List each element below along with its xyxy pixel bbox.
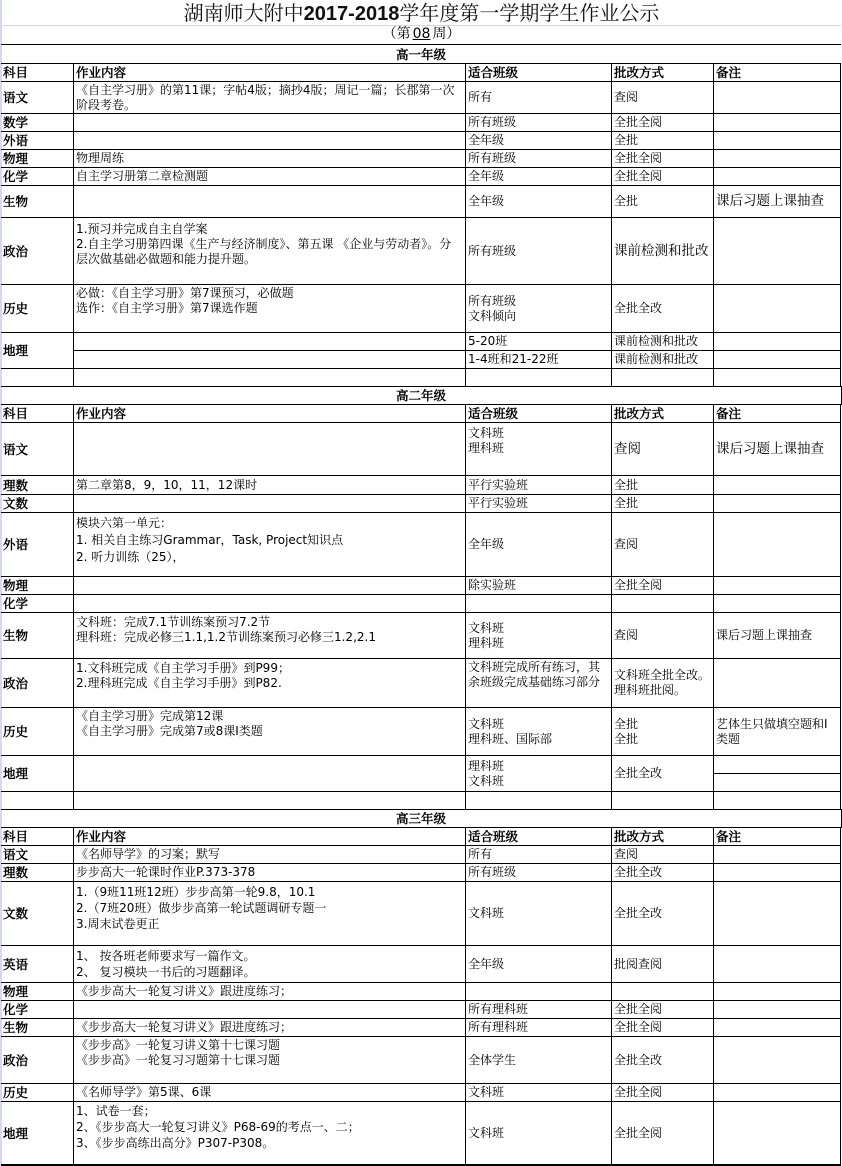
note-cell: 课后习题上课抽查 [713, 422, 841, 475]
grading-cell: 全批全改 [611, 284, 713, 332]
subject-cell: 政治 [1, 217, 73, 284]
content-cell: 1.（9班11班12班）步步高第一轮9.8，10.1 2.（7班20班）做步步高… [73, 881, 465, 945]
classes-cell: 全年级 [465, 945, 611, 982]
classes-cell [465, 982, 611, 1000]
classes-cell: 所有班级 [465, 863, 611, 881]
note-cell [713, 881, 841, 945]
grading-cell: 查阅 [611, 512, 713, 576]
grading-cell: 全批全阅 [611, 1101, 713, 1164]
table-row: 语文 文科班 理科班 查阅 课后习题上课抽查 [1, 422, 841, 475]
col-classes: 适合班级 [465, 63, 611, 81]
classes-cell: 文科班完成所有练习，其余班级完成基础练习部分 [465, 658, 611, 707]
grading-cell: 全批 [611, 131, 713, 149]
note-cell [713, 332, 841, 350]
classes-cell: 理科班 文科班 [465, 755, 611, 791]
subject-cell: 政治 [1, 658, 73, 707]
content-cell [73, 131, 465, 149]
note-cell: 艺体生只做填空题和Ⅰ类题 [713, 707, 841, 755]
subject-cell: 语文 [1, 81, 73, 113]
classes-cell: 平行实验班 [465, 494, 611, 512]
title-suffix: 学年度第一学期学生作业公示 [399, 1, 659, 25]
table-row: 语文 《名师导学》的习案；默写 所有 查阅 [1, 845, 841, 863]
week-open: （第 [383, 26, 411, 42]
note-cell [713, 284, 841, 332]
column-header-row: 科目 作业内容 适合班级 批改方式 备注 [1, 827, 841, 845]
note-cell [713, 167, 841, 185]
note-cell [713, 113, 841, 131]
week-subtitle: （第08周） [2, 25, 841, 44]
grading-cell: 全批全改 [611, 863, 713, 881]
grading-cell: 查阅 [611, 422, 713, 475]
grading-cell: 全批全阅 [611, 149, 713, 167]
subject-cell: 语文 [1, 422, 73, 475]
table-row: 化学 [1, 594, 841, 612]
content-cell: 第二章第8，9，10，11，12课时 [73, 475, 465, 494]
classes-cell: 文科班 [465, 881, 611, 945]
table-row: 1-4班和21-22班 课前检测和批改 [1, 350, 841, 368]
column-header-row: 科目 作业内容 适合班级 批改方式 备注 [1, 63, 841, 81]
classes-cell: 所有班级 [465, 113, 611, 131]
classes-cell: 所有理科班 [465, 1000, 611, 1018]
subject-cell: 数学 [1, 113, 73, 131]
grading-cell: 查阅 [611, 81, 713, 113]
content-cell: 必做：《自主学习册》第7课预习，必做题 选作：《自主学习册》第7课选作题 [73, 284, 465, 332]
subject-cell: 外语 [1, 512, 73, 576]
note-cell [713, 863, 841, 881]
classes-cell: 除实验班 [465, 576, 611, 594]
homework-notice-sheet: 湖南师大附中2017-2018学年度第一学期学生作业公示 （第08周） 高一年级… [0, 0, 842, 1166]
subject-cell: 历史 [1, 707, 73, 755]
content-cell: 物理周练 [73, 149, 465, 167]
content-cell [73, 422, 465, 475]
table-row-empty [1, 368, 841, 386]
table-row: 文数 平行实验班 全批 [1, 494, 841, 512]
classes-cell: 文科班 理科班 [465, 612, 611, 658]
grade-title: 高三年级 [1, 809, 842, 828]
grade-title: 高二年级 [1, 386, 842, 405]
grade-title: 高一年级 [1, 44, 841, 64]
table-row: 数学 所有班级 全批全阅 [1, 113, 841, 131]
subject-cell: 生物 [1, 1018, 73, 1036]
table-row: 外语 模块六第一单元： 1. 相关自主练习Grammar，Task, Proje… [1, 512, 841, 576]
content-cell: 1、 按各班老师要求写一篇作文。 2、 复习模块一书后的习题翻译。 [73, 945, 465, 982]
classes-cell: 全年级 [465, 131, 611, 149]
grading-cell: 全批 [611, 494, 713, 512]
col-content: 作业内容 [73, 63, 465, 81]
table-row: 物理 除实验班 全批全阅 [1, 576, 841, 594]
content-cell: 模块六第一单元： 1. 相关自主练习Grammar，Task, Project知… [73, 512, 465, 576]
table-row: 政治 《步步高》一轮复习讲义第十七课习题 《步步高》一轮复习习题第十七课习题 全… [1, 1036, 841, 1083]
classes-cell [465, 594, 611, 612]
week-close: 周） [432, 26, 460, 42]
content-cell: 1.预习并完成自主自学案 2.自主学习册第四课《生产与经济制度》、第五课 《企业… [73, 217, 465, 284]
subject-cell: 语文 [1, 845, 73, 863]
classes-cell: 文科班 [465, 1101, 611, 1164]
note-cell [713, 81, 841, 113]
subject-cell [1, 791, 73, 809]
grading-cell: 全批全阅 [611, 167, 713, 185]
grading-cell: 查阅 [611, 845, 713, 863]
grading-cell: 全批全改 [611, 755, 713, 791]
table-row: 化学 所有理科班 全批全阅 [1, 1000, 841, 1018]
grading-cell: 文科班全批全改。理科班批阅。 [611, 658, 713, 707]
col-note: 备注 [713, 404, 841, 422]
note-cell [713, 945, 841, 982]
note-cell [713, 494, 841, 512]
title-years: 2017-2018 [304, 3, 400, 25]
note-cell [713, 1036, 841, 1083]
subject-cell: 英语 [1, 945, 73, 982]
table-row: 地理 1、试卷一套； 2、《步步高大一轮复习讲义》P68-69的考点一、二； 3… [1, 1101, 841, 1164]
note-cell [713, 475, 841, 494]
subject-cell: 化学 [1, 167, 73, 185]
note-cell [713, 1101, 841, 1164]
classes-cell: 全年级 [465, 512, 611, 576]
subject-cell: 地理 [1, 1101, 73, 1164]
content-cell: 《步步高大一轮复习讲义》跟进度练习； [73, 982, 465, 1000]
classes-cell: 文科班 [465, 1083, 611, 1101]
grading-cell: 课前检测和批改 [611, 350, 713, 368]
note-cell [713, 217, 841, 284]
classes-cell: 全年级 [465, 167, 611, 185]
note-cell [713, 982, 841, 1000]
grading-cell: 课前检测和批改 [611, 332, 713, 350]
grading-cell [611, 982, 713, 1000]
grading-cell [611, 791, 713, 809]
table-row: 政治 1.文科班完成《自主学习手册》到P99； 2.理科班完成《自主学习手册》到… [1, 658, 841, 707]
grading-cell: 全批全改 [611, 1036, 713, 1083]
content-cell: 步步高大一轮课时作业P.373-378 [73, 863, 465, 881]
week-number: 08 [411, 26, 433, 42]
content-cell: 《步步高》一轮复习讲义第十七课习题 《步步高》一轮复习习题第十七课习题 [73, 1036, 465, 1083]
subject-cell: 历史 [1, 284, 73, 332]
table-row: 外语 全年级 全批 [1, 131, 841, 149]
note-cell [713, 1083, 841, 1101]
note-cell [713, 845, 841, 863]
note-cell [713, 791, 841, 809]
note-cell: 课后习题上课抽查 [713, 612, 841, 658]
subject-cell [1, 368, 73, 386]
col-note: 备注 [713, 827, 841, 845]
note-cell: 课后习题上课抽查 [713, 185, 841, 217]
table-row: 语文 《自主学习册》的第11课；字帖4版；摘抄4版；周记一篇；长郡第一次阶段考卷… [1, 81, 841, 113]
classes-cell: 文科班 理科班、国际部 [465, 707, 611, 755]
table-row-empty [1, 791, 841, 809]
grading-cell [611, 594, 713, 612]
content-cell [73, 185, 465, 217]
content-cell: 《步步高大一轮复习讲义》跟进度练习； [73, 1018, 465, 1036]
content-cell: 《自主学习册》完成第12课 《自主学习册》完成第7或8课Ⅰ类题 [73, 707, 465, 755]
classes-cell: 所有 [465, 81, 611, 113]
table-row: 物理 《步步高大一轮复习讲义》跟进度练习； [1, 982, 841, 1000]
classes-cell: 所有理科班 [465, 1018, 611, 1036]
content-cell: 1.文科班完成《自主学习手册》到P99； 2.理科班完成《自主学习手册》到P82… [73, 658, 465, 707]
table-row: 历史 《自主学习册》完成第12课 《自主学习册》完成第7或8课Ⅰ类题 文科班 理… [1, 707, 841, 755]
note-cell [713, 658, 841, 707]
grading-cell: 全批全阅 [611, 1018, 713, 1036]
table-row: 物理 物理周练 所有班级 全批全阅 [1, 149, 841, 167]
grading-cell: 全批全阅 [611, 113, 713, 131]
subject-cell: 理数 [1, 475, 73, 494]
table-row: 生物 文科班：完成7.1节训练案预习7.2节 理科班：完成必修三1.1,1.2节… [1, 612, 841, 658]
content-cell [73, 755, 465, 791]
grading-cell: 批阅查阅 [611, 945, 713, 982]
classes-cell: 所有 [465, 845, 611, 863]
grading-cell: 查阅 [611, 612, 713, 658]
grading-cell: 全批全改 [611, 881, 713, 945]
note-cell [713, 368, 841, 386]
table-row: 历史 必做：《自主学习册》第7课预习，必做题 选作：《自主学习册》第7课选作题 … [1, 284, 841, 332]
content-cell [73, 332, 465, 350]
note-cell [713, 350, 841, 368]
page-title: 湖南师大附中2017-2018学年度第一学期学生作业公示 [2, 0, 841, 26]
col-grading: 批改方式 [611, 404, 713, 422]
grading-cell [611, 368, 713, 386]
note-cell [713, 576, 841, 594]
subject-cell: 化学 [1, 594, 73, 612]
grading-cell: 全批 [611, 475, 713, 494]
classes-cell: 全体学生 [465, 1036, 611, 1083]
table-row: 历史 《名师导学》第5课、6课 文科班 全批全阅 [1, 1083, 841, 1101]
col-content: 作业内容 [73, 404, 465, 422]
classes-cell: 所有班级 文科倾向 [465, 284, 611, 332]
grading-cell: 全批全阅 [611, 1000, 713, 1018]
col-subject: 科目 [1, 404, 73, 422]
subject-cell: 外语 [1, 131, 73, 149]
classes-cell: 文科班 理科班 [465, 422, 611, 475]
content-cell: 《自主学习册》的第11课；字帖4版；摘抄4版；周记一篇；长郡第一次阶段考卷。 [73, 81, 465, 113]
subject-cell: 理数 [1, 863, 73, 881]
content-cell: 自主学习册第二章检测题 [73, 167, 465, 185]
classes-cell: 5-20班 [465, 332, 611, 350]
classes-cell: 所有班级 [465, 149, 611, 167]
col-grading: 批改方式 [611, 63, 713, 81]
content-cell: 《名师导学》第5课、6课 [73, 1083, 465, 1101]
subject-cell: 物理 [1, 149, 73, 167]
col-grading: 批改方式 [611, 827, 713, 845]
column-header-row: 科目 作业内容 适合班级 批改方式 备注 [1, 404, 841, 422]
table-row: 政治 1.预习并完成自主自学案 2.自主学习册第四课《生产与经济制度》、第五课 … [1, 217, 841, 284]
classes-cell [465, 368, 611, 386]
col-subject: 科目 [1, 63, 73, 81]
col-classes: 适合班级 [465, 827, 611, 845]
note-cell [713, 1000, 841, 1018]
table-row: 生物 全年级 全批 课后习题上课抽查 [1, 185, 841, 217]
note-cell [713, 512, 841, 576]
note-split-line [713, 773, 841, 774]
note-cell [713, 1018, 841, 1036]
table-row: 文数 1.（9班11班12班）步步高第一轮9.8，10.1 2.（7班20班）做… [1, 881, 841, 945]
table-row: 化学 自主学习册第二章检测题 全年级 全批全阅 [1, 167, 841, 185]
content-cell: 1、试卷一套； 2、《步步高大一轮复习讲义》P68-69的考点一、二； 3、《步… [73, 1101, 465, 1164]
note-cell [713, 131, 841, 149]
content-cell [73, 494, 465, 512]
content-cell [73, 113, 465, 131]
table-row: 英语 1、 按各班老师要求写一篇作文。 2、 复习模块一书后的习题翻译。 全年级… [1, 945, 841, 982]
grading-cell: 全批 全批 [611, 707, 713, 755]
col-classes: 适合班级 [465, 404, 611, 422]
table-row: 理数 步步高大一轮课时作业P.373-378 所有班级 全批全改 [1, 863, 841, 881]
subject-cell: 生物 [1, 185, 73, 217]
content-cell: 文科班：完成7.1节训练案预习7.2节 理科班：完成必修三1.1,1.2节训练案… [73, 612, 465, 658]
note-cell [713, 149, 841, 167]
content-cell: 《名师导学》的习案；默写 [73, 845, 465, 863]
table-row: 5-20班 课前检测和批改 [1, 332, 841, 350]
classes-cell [465, 791, 611, 809]
grading-cell: 课前检测和批改 [611, 217, 713, 284]
classes-cell: 1-4班和21-22班 [465, 350, 611, 368]
table-row: 理数 第二章第8，9，10，11，12课时 平行实验班 全批 [1, 475, 841, 494]
subject-cell: 物理 [1, 982, 73, 1000]
content-cell [73, 791, 465, 809]
grading-cell: 全批全阅 [611, 1083, 713, 1101]
content-cell [73, 1000, 465, 1018]
subject-cell: 生物 [1, 612, 73, 658]
content-cell [73, 594, 465, 612]
grading-cell: 全批 [611, 185, 713, 217]
classes-cell: 平行实验班 [465, 475, 611, 494]
content-cell [73, 350, 465, 368]
subject-cell: 化学 [1, 1000, 73, 1018]
note-cell [713, 594, 841, 612]
subject-cell: 地理 [1, 755, 73, 791]
classes-cell: 所有班级 [465, 217, 611, 284]
subject-cell: 文数 [1, 881, 73, 945]
subject-cell: 物理 [1, 576, 73, 594]
classes-cell: 全年级 [465, 185, 611, 217]
content-cell [73, 368, 465, 386]
subject-cell: 文数 [1, 494, 73, 512]
col-subject: 科目 [1, 827, 73, 845]
subject-cell: 政治 [1, 1036, 73, 1083]
grading-cell: 全批全阅 [611, 576, 713, 594]
content-cell [73, 576, 465, 594]
title-prefix: 湖南师大附中 [184, 1, 304, 25]
subject-cell: 历史 [1, 1083, 73, 1101]
table-row: 生物 《步步高大一轮复习讲义》跟进度练习； 所有理科班 全批全阅 [1, 1018, 841, 1036]
col-content: 作业内容 [73, 827, 465, 845]
col-note: 备注 [713, 63, 841, 81]
